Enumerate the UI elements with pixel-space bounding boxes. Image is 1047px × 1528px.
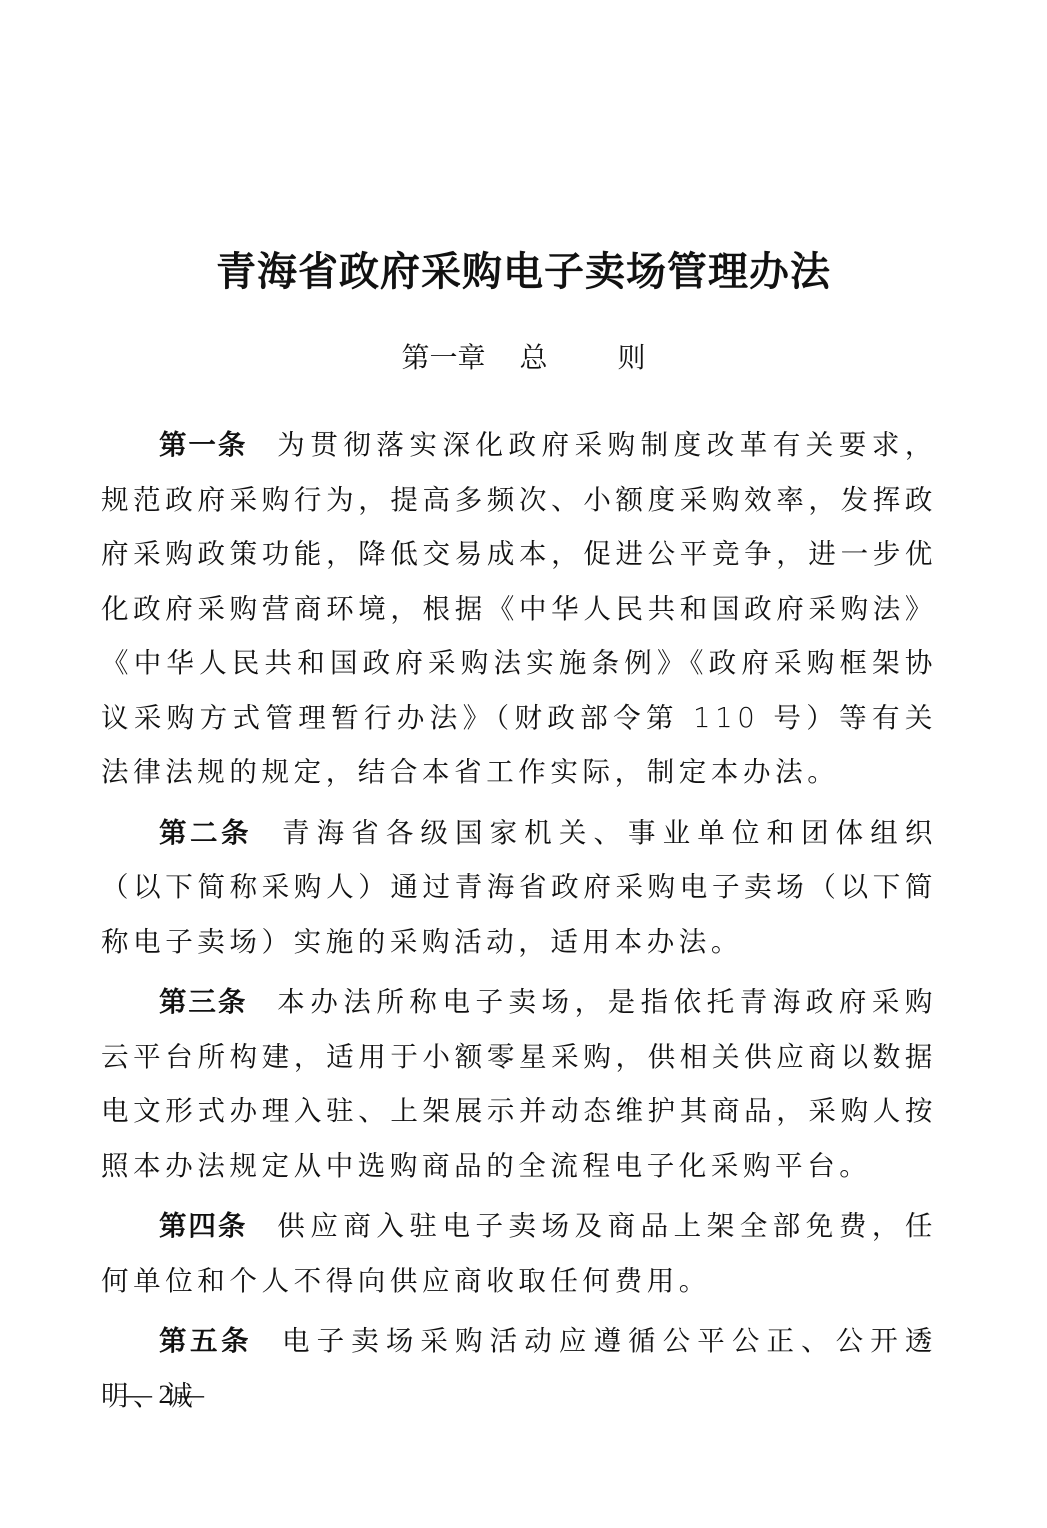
chapter-heading: 第一章总则 bbox=[0, 338, 1047, 378]
article-label: 第五条 bbox=[159, 1325, 252, 1357]
chapter-name-part1: 总 bbox=[519, 341, 547, 374]
article-label: 第三条 bbox=[159, 986, 247, 1018]
article-label: 第四条 bbox=[159, 1210, 247, 1242]
article-2: 第二条青海省各级国家机关、事业单位和团体组织（以下简称采购人）通过青海省政府采购… bbox=[101, 806, 937, 970]
chapter-name-part2: 则 bbox=[618, 341, 646, 374]
article-4: 第四条供应商入驻电子卖场及商品上架全部免费，任何单位和个人不得向供应商收取任何费… bbox=[101, 1199, 937, 1308]
document-title: 青海省政府采购电子卖场管理办法 bbox=[0, 246, 1047, 298]
article-5: 第五条电子卖场采购活动应遵循公平公正、公开透明、诚 bbox=[101, 1314, 937, 1423]
article-3: 第三条本办法所称电子卖场，是指依托青海政府采购云平台所构建，适用于小额零星采购，… bbox=[101, 975, 937, 1193]
article-label: 第一条 bbox=[159, 429, 247, 461]
page-number: — 2 — bbox=[126, 1377, 204, 1413]
chapter-number: 第一章 bbox=[401, 341, 485, 374]
article-text: 为贯彻落实深化政府采购制度改革有关要求，规范政府采购行为，提高多频次、小额度采购… bbox=[101, 429, 937, 788]
document-page: 青海省政府采购电子卖场管理办法 第一章总则 第一条为贯彻落实深化政府采购制度改革… bbox=[0, 0, 1047, 1528]
article-1: 第一条为贯彻落实深化政府采购制度改革有关要求，规范政府采购行为，提高多频次、小额… bbox=[101, 418, 937, 800]
article-label: 第二条 bbox=[159, 817, 252, 849]
document-body: 第一条为贯彻落实深化政府采购制度改革有关要求，规范政府采购行为，提高多频次、小额… bbox=[101, 418, 937, 1429]
